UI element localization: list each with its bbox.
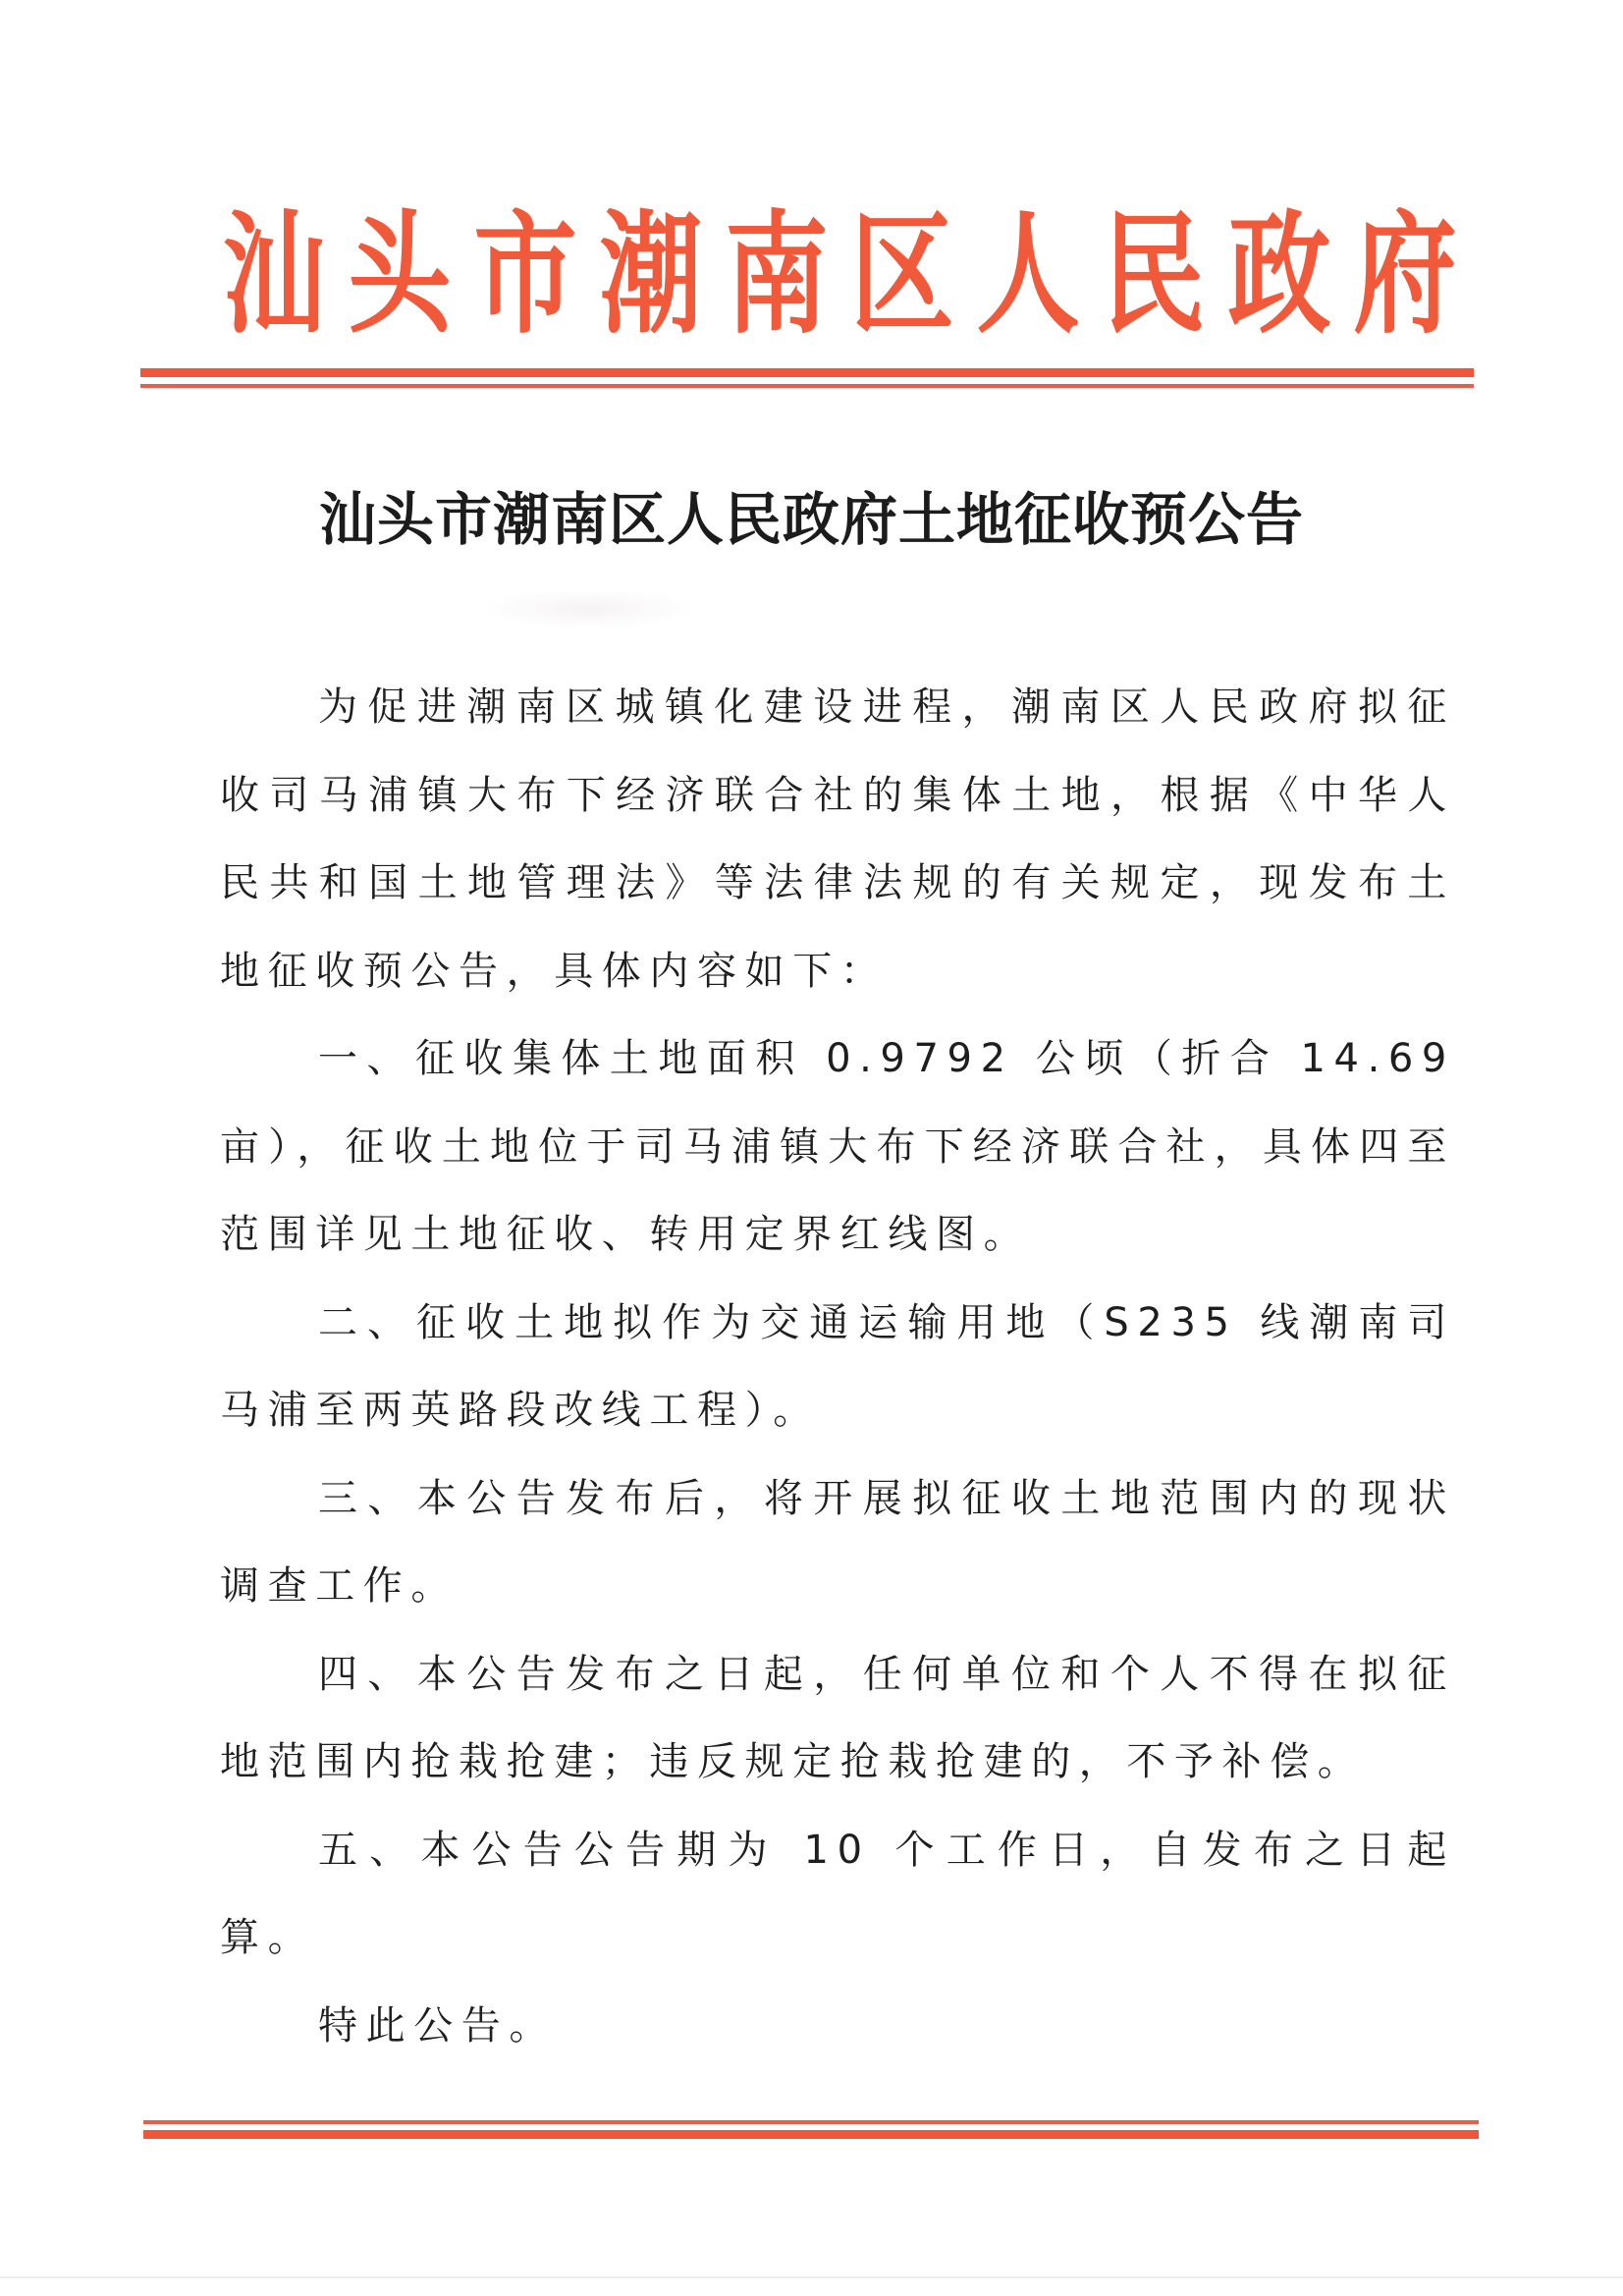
scan-edge (0, 2276, 1623, 2278)
footer-rule-thick (143, 2130, 1479, 2139)
paragraph-intro: 为促进潮南区城镇化建设进程，潮南区人民政府拟征收司马浦镇大布下经济联合社的集体土… (220, 664, 1455, 1015)
letterhead-char: 人 (977, 197, 1080, 353)
paragraph-item-1: 一、征收集体土地面积 0.9792 公顷（折合 14.69 亩），征收土地位于司… (220, 1015, 1455, 1280)
footer-rule-thin (143, 2120, 1479, 2124)
paragraph-item-3: 三、本公告发布后，将开展拟征收土地范围内的现状调查工作。 (220, 1455, 1455, 1631)
letterhead-char: 政 (1228, 197, 1331, 353)
paragraph-item-5: 五、本公告公告期为 10 个工作日，自发布之日起算。 (220, 1807, 1455, 1983)
letterhead-char: 区 (851, 197, 954, 353)
header-rule-thick (140, 368, 1474, 377)
paragraph-item-2: 二、征收土地拟作为交通运输用地（S235 线潮南司马浦至两英路段改线工程）。 (220, 1280, 1455, 1455)
document-page: 汕 头 市 潮 南 区 人 民 政 府 汕头市潮南区人民政府土地征收预公告 为促… (0, 0, 1623, 2296)
letterhead-char: 头 (349, 197, 452, 353)
letterhead-char: 民 (1103, 197, 1206, 353)
letterhead-issuer: 汕 头 市 潮 南 区 人 民 政 府 (211, 201, 1399, 349)
letterhead-char: 潮 (600, 197, 703, 353)
letterhead-char: 府 (1354, 197, 1457, 353)
scan-smudge (481, 589, 697, 629)
header-rule-thin (140, 384, 1474, 388)
paragraph-item-4: 四、本公告发布之日起，任何单位和个人不得在拟征地范围内抢栽抢建；违反规定抢栽抢建… (220, 1631, 1455, 1807)
paragraph-closing: 特此公告。 (220, 1983, 1455, 2071)
letterhead-char: 南 (726, 197, 829, 353)
document-title: 汕头市潮南区人民政府土地征收预公告 (0, 485, 1623, 554)
letterhead-char: 汕 (223, 197, 326, 353)
letterhead-char: 市 (474, 197, 577, 353)
document-body: 为促进潮南区城镇化建设进程，潮南区人民政府拟征收司马浦镇大布下经济联合社的集体土… (220, 664, 1455, 2070)
